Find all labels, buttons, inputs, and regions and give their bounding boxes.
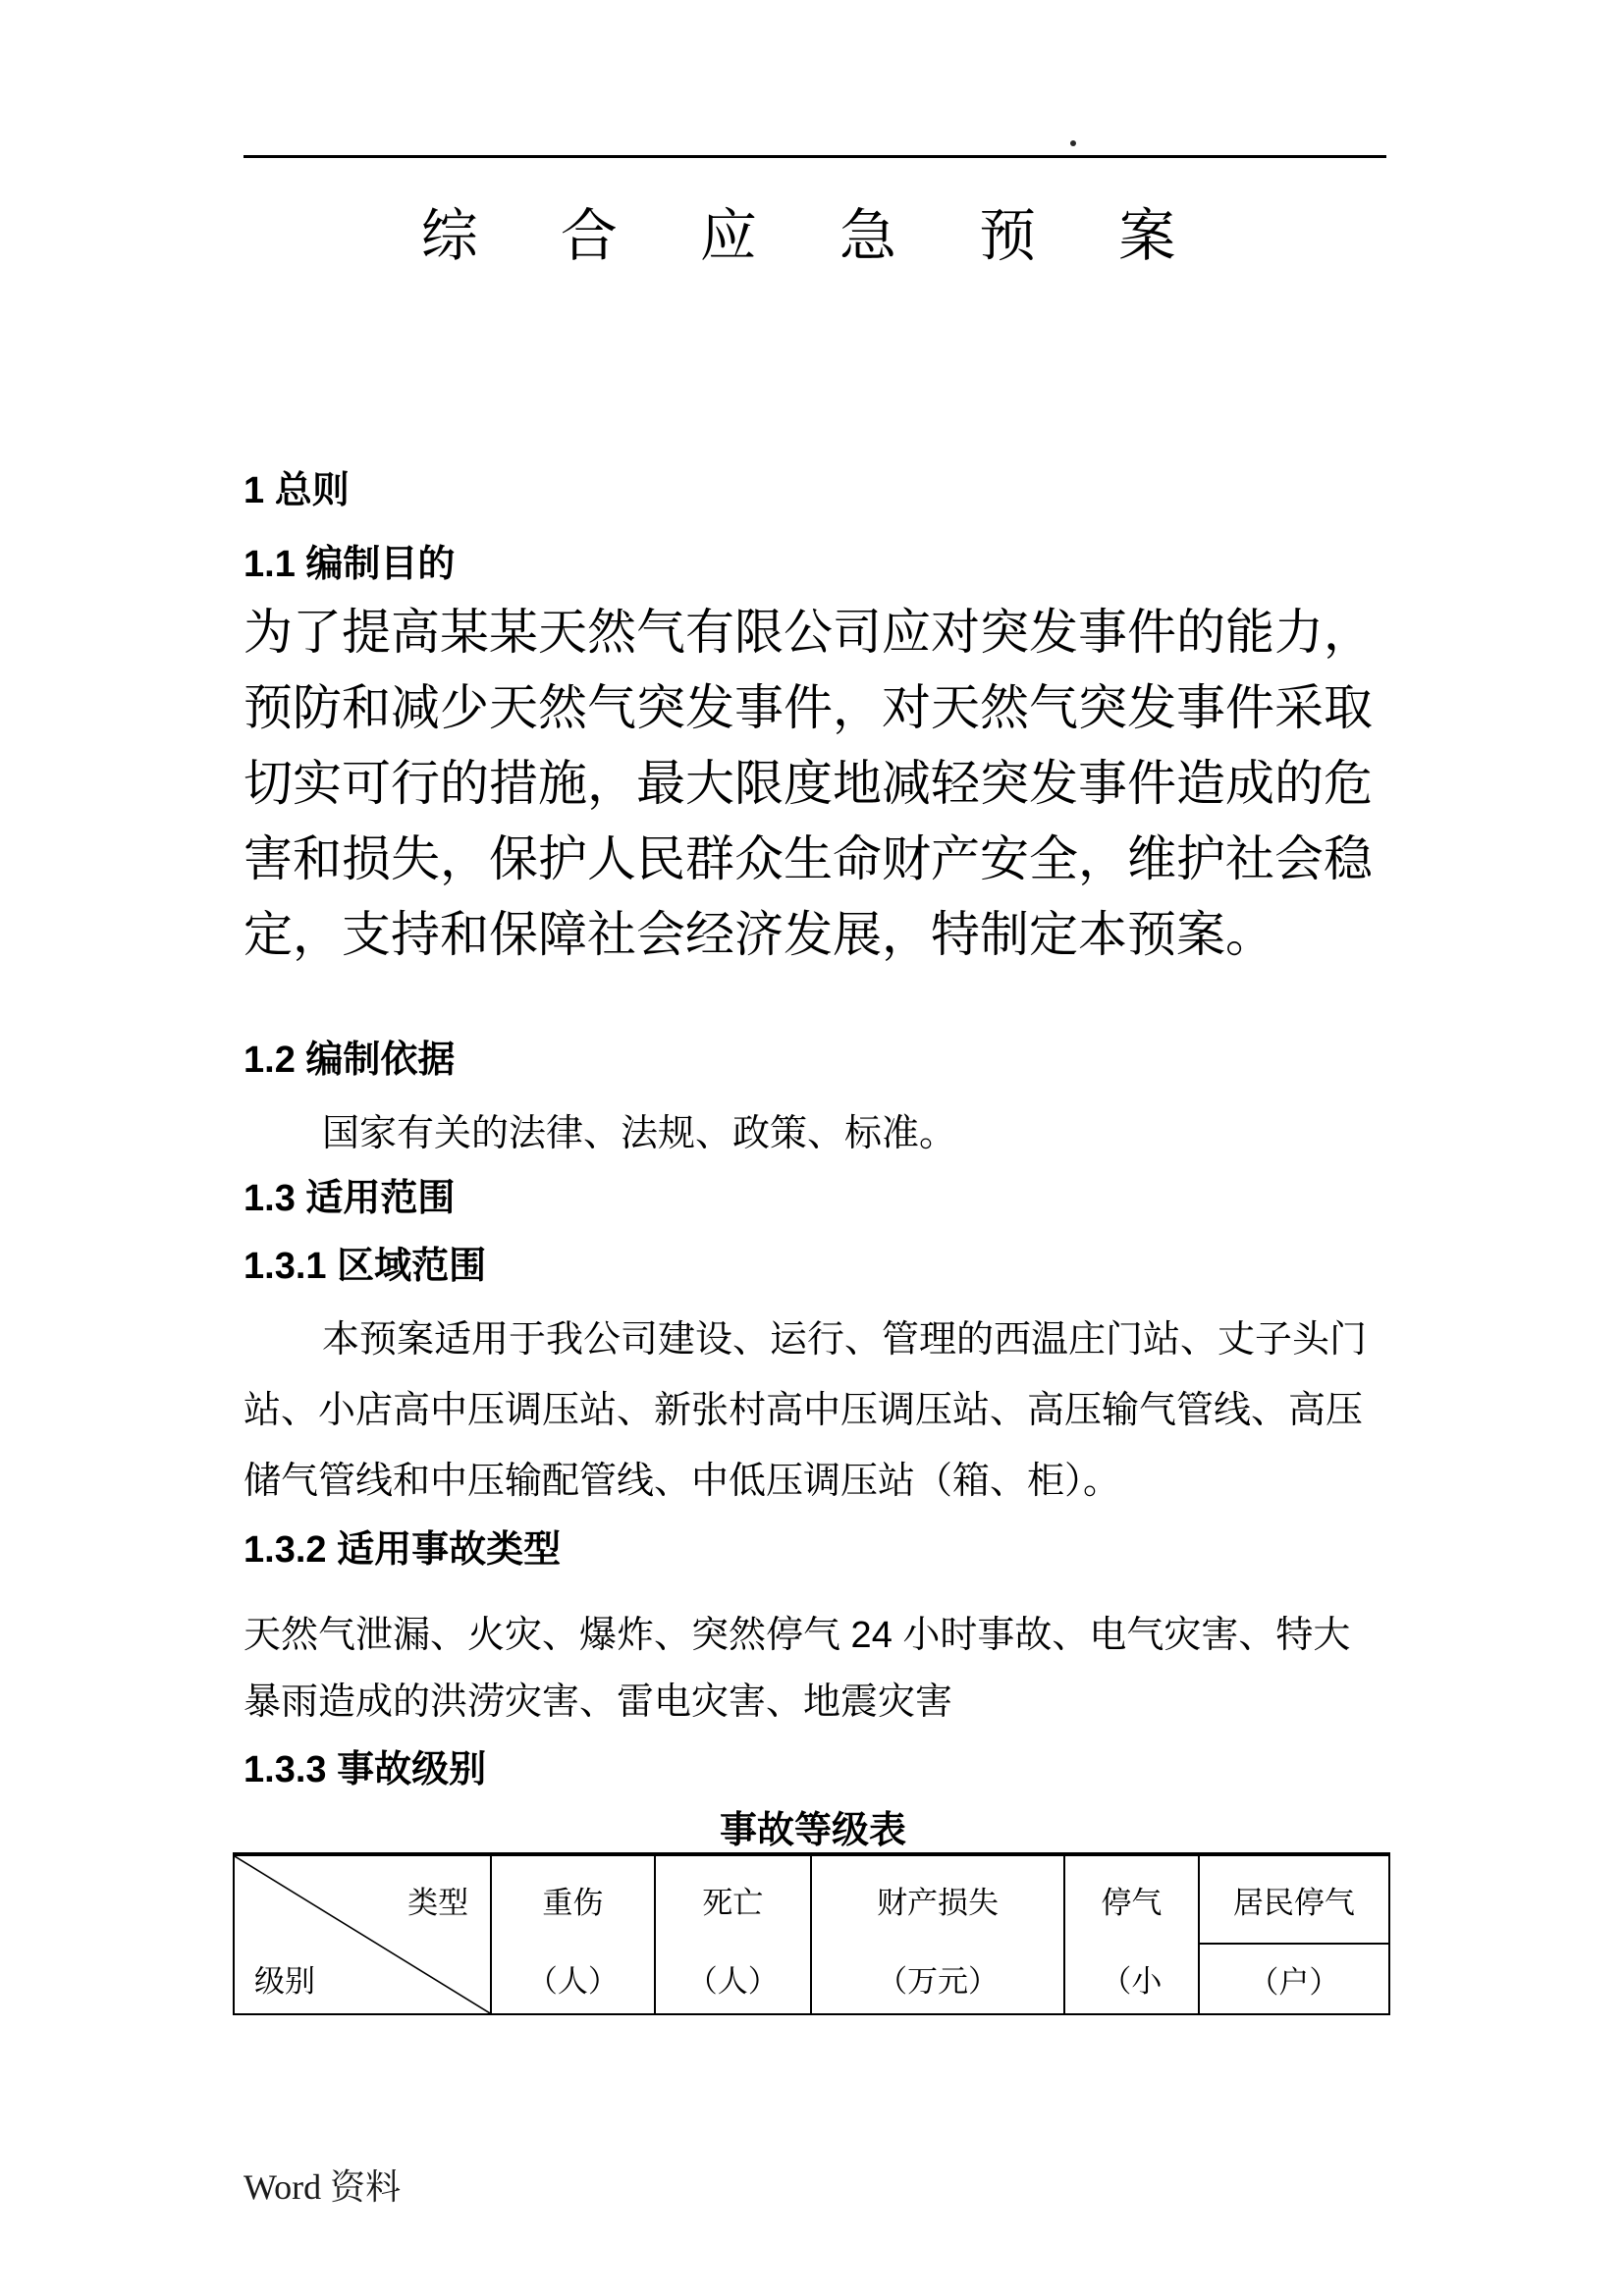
footer-watermark: Word 资料 [243, 2165, 401, 2209]
paragraph-line: 预防和减少天然气突发事件，对天然气突发事件采取 [243, 670, 1382, 746]
header-cell-death: 死亡 （人） [656, 1856, 812, 2013]
paragraph-line: 储气管线和中压输配管线、中低压调压站（箱、柜）。 [243, 1446, 1382, 1517]
accident-level-table: 类型 级别 重伤 （人） 死亡 （人） 财产损失 （万元） 停气 （小 居民停气 [233, 1852, 1390, 2015]
paragraph-region-scope: 本预案适用于我公司建设、运行、管理的西温庄门站、丈子头门 站、小店高中压调压站、… [243, 1305, 1382, 1517]
heading-1-2: 1.2 编制依据 [243, 1037, 1382, 1084]
corner-cell: 类型 级别 [235, 1856, 492, 2013]
table-title: 事故等级表 [243, 1809, 1382, 1852]
paragraph-accident-types: 天然气泄漏、火灾、爆炸、突然停气 24 小时事故、电气灾害、特大 暴雨造成的洪涝… [243, 1602, 1382, 1735]
heading-1-3-2: 1.3.2 适用事故类型 [243, 1526, 1382, 1574]
header-line: 居民停气 [1200, 1856, 1388, 1945]
paragraph-purpose: 为了提高某某天然气有限公司应对突发事件的能力， 预防和减少天然气突发事件，对天然… [243, 595, 1382, 973]
heading-1-1: 1.1 编制目的 [243, 541, 1382, 588]
document-title: 综 合 应 急 预 案 [243, 202, 1386, 271]
heading-1: 1 总则 [243, 467, 1382, 514]
paragraph-line: 天然气泄漏、火灾、爆炸、突然停气 24 小时事故、电气灾害、特大 [243, 1602, 1382, 1669]
header-cell-gas-stop: 停气 （小 [1065, 1856, 1200, 2013]
header-unit: （人） [656, 1943, 810, 2013]
paragraph-line: 站、小店高中压调压站、新张村高中压调压站、高压输气管线、高压 [243, 1375, 1382, 1446]
paragraph-line: 本预案适用于我公司建设、运行、管理的西温庄门站、丈子头门 [243, 1305, 1382, 1375]
header-cell-property-loss: 财产损失 （万元） [812, 1856, 1065, 2013]
document-page: 综 合 应 急 预 案 1 总则 1.1 编制目的 为了提高某某天然气有限公司应… [0, 0, 1623, 2296]
paragraph-line: 暴雨造成的洪涝灾害、雷电灾害、地震灾害 [243, 1669, 1382, 1735]
paragraph-line: 切实可行的措施，最大限度地减轻突发事件造成的危 [243, 746, 1382, 822]
paragraph-line: 为了提高某某天然气有限公司应对突发事件的能力， [243, 595, 1382, 670]
header-unit: （小 [1065, 1943, 1198, 2013]
header-divider [243, 155, 1386, 158]
header-cell-resident-gas-stop: 居民停气 （户） [1200, 1856, 1388, 2013]
header-unit: （人） [492, 1943, 653, 2013]
header-unit: （户） [1200, 1945, 1388, 2013]
header-line: 停气 [1065, 1856, 1198, 1943]
document-body: 1 总则 1.1 编制目的 为了提高某某天然气有限公司应对突发事件的能力， 预防… [243, 461, 1382, 2015]
header-line: 财产损失 [812, 1856, 1063, 1943]
paragraph-line: 定，支持和保障社会经济发展，特制定本预案。 [243, 897, 1382, 973]
heading-1-3-3: 1.3.3 事故级别 [243, 1746, 1382, 1793]
header-line: 重伤 [492, 1856, 653, 1943]
header-cell-serious-injury: 重伤 （人） [492, 1856, 655, 2013]
heading-1-3-1: 1.3.1 区域范围 [243, 1243, 1382, 1290]
heading-1-3: 1.3 适用范围 [243, 1175, 1382, 1222]
header-unit: （万元） [812, 1943, 1063, 2013]
diagonal-line-icon [235, 1856, 490, 2013]
header-line: 死亡 [656, 1856, 810, 1943]
paragraph-line: 害和损失，保护人民群众生命财产安全，维护社会稳 [243, 822, 1382, 897]
stray-dot-icon [1070, 140, 1076, 146]
paragraph-basis: 国家有关的法律、法规、政策、标准。 [243, 1110, 1382, 1157]
